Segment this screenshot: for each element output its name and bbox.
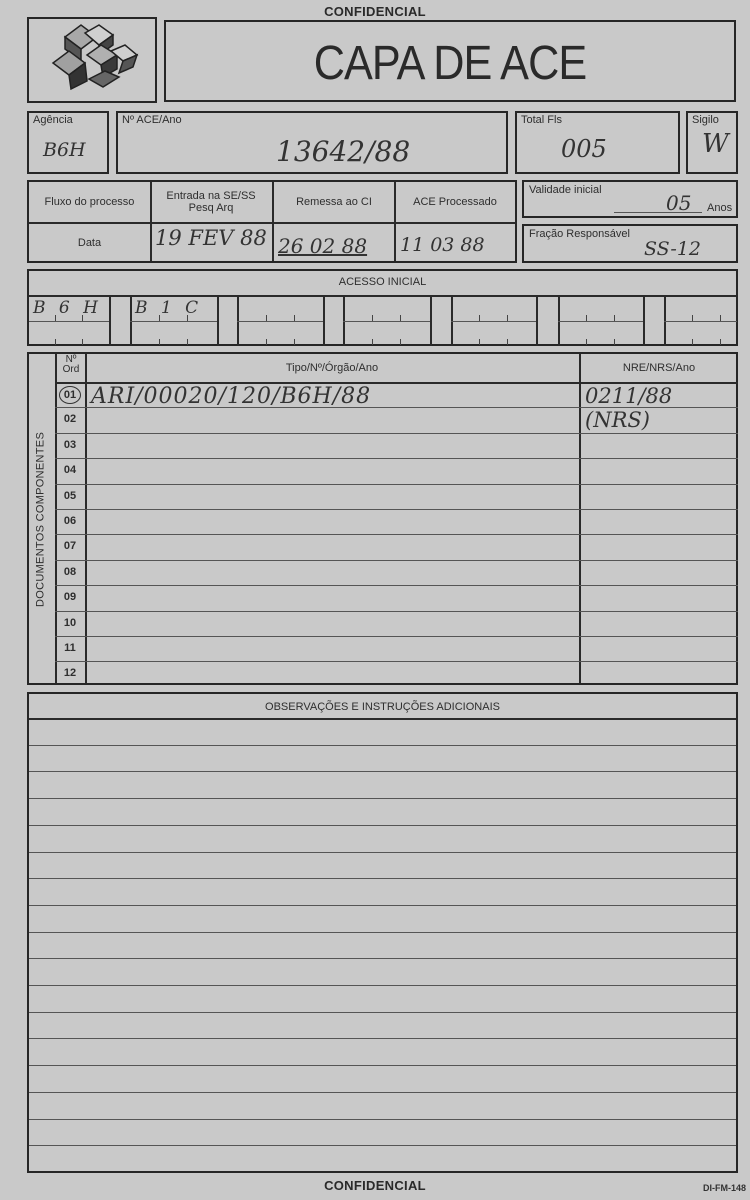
document-row-number: 09: [55, 591, 85, 603]
acesso-code-2[interactable]: B 1 C: [135, 298, 202, 318]
process-flow-table: Fluxo do processo Data Entrada na SE/SS …: [27, 180, 517, 263]
validade-field[interactable]: Validade inicial 05 Anos: [522, 180, 738, 218]
observacoes-line[interactable]: [29, 745, 736, 746]
document-row-number: 06: [55, 515, 85, 527]
document-row[interactable]: 08: [55, 560, 738, 585]
total-pages-field[interactable]: Total Fls 005: [515, 111, 680, 174]
ace-number-label: Nº ACE/Ano: [122, 114, 182, 126]
observacoes-line[interactable]: [29, 932, 736, 933]
validade-label: Validade inicial: [529, 184, 602, 196]
ace-number-field[interactable]: Nº ACE/Ano 13642/88: [116, 111, 508, 174]
document-row[interactable]: 11: [55, 636, 738, 661]
form-title: CAPA DE ACE: [194, 36, 705, 91]
document-row-number: 11: [55, 642, 85, 654]
observacoes-box[interactable]: OBSERVAÇÕES E INSTRUÇÕES ADICIONAIS: [27, 692, 738, 1173]
observacoes-line[interactable]: [29, 825, 736, 826]
agencia-field[interactable]: Agência B6H: [27, 111, 109, 174]
document-row-number: 02: [55, 413, 85, 425]
sigilo-label: Sigilo: [692, 114, 719, 126]
document-row-number: 05: [55, 490, 85, 502]
acesso-inicial-title: ACESSO INICIAL: [29, 276, 736, 288]
documentos-table: DOCUMENTOS COMPONENTES Nº Ord Tipo/Nº/Ór…: [27, 352, 738, 685]
observacoes-line[interactable]: [29, 1092, 736, 1093]
col-nre-header: NRE/NRS/Ano: [581, 362, 737, 374]
observacoes-line[interactable]: [29, 985, 736, 986]
observacoes-line[interactable]: [29, 798, 736, 799]
classification-bottom: CONFIDENCIAL: [0, 1178, 750, 1193]
observacoes-line[interactable]: [29, 1065, 736, 1066]
flow-row-label: Fluxo do processo: [29, 182, 150, 222]
remessa-date-value[interactable]: 26 02 88: [278, 234, 367, 258]
document-row-number: 01: [59, 386, 81, 404]
validade-unit: Anos: [707, 202, 732, 214]
logo-box: [27, 17, 157, 103]
document-row[interactable]: 02: [55, 407, 738, 432]
document-row-number: 08: [55, 566, 85, 578]
document-row[interactable]: 04: [55, 458, 738, 483]
total-pages-label: Total Fls: [521, 114, 562, 126]
document-row[interactable]: 09: [55, 585, 738, 610]
total-pages-value: 005: [561, 135, 607, 163]
observacoes-line[interactable]: [29, 1038, 736, 1039]
document-row-number: 03: [55, 439, 85, 451]
remessa-header: Remessa ao CI: [274, 182, 394, 222]
col-ord-header: Nº Ord: [57, 355, 85, 375]
document-row-number: 07: [55, 540, 85, 552]
document-row[interactable]: 03: [55, 433, 738, 458]
acesso-code-1[interactable]: B 6 H: [33, 298, 102, 318]
agency-cubes-logo-icon: [29, 19, 154, 99]
observacoes-line[interactable]: [29, 1145, 736, 1146]
entrada-header: Entrada na SE/SS Pesq Arq: [157, 182, 265, 222]
observacoes-line[interactable]: [29, 905, 736, 906]
observacoes-line[interactable]: [29, 852, 736, 853]
document-row-number: 04: [55, 464, 85, 476]
sigilo-value: W: [702, 129, 729, 159]
ace-number-value: 13642/88: [276, 135, 410, 168]
form-code: DI-FM-148: [703, 1183, 746, 1193]
observacoes-line[interactable]: [29, 1119, 736, 1120]
entrada-date-value[interactable]: 19 FEV 88: [155, 226, 267, 250]
observacoes-line[interactable]: [29, 718, 736, 720]
document-row[interactable]: 12: [55, 661, 738, 686]
fracao-field[interactable]: Fração Responsável SS-12: [522, 224, 738, 263]
acesso-inicial-table: ACESSO INICIAL B 6 H B 1 C: [27, 269, 738, 346]
validade-value: 05: [666, 191, 691, 215]
document-row[interactable]: 01ARI/00020/120/B6H/880211/88 (NRS): [55, 382, 738, 407]
document-row[interactable]: 06: [55, 509, 738, 534]
processado-date-value[interactable]: 11 03 88: [400, 234, 485, 256]
agencia-value: B6H: [43, 139, 86, 161]
document-row[interactable]: 07: [55, 534, 738, 559]
document-row[interactable]: 10: [55, 611, 738, 636]
sigilo-field[interactable]: Sigilo W: [686, 111, 738, 174]
fracao-value: SS-12: [644, 238, 701, 260]
observacoes-line[interactable]: [29, 771, 736, 772]
processado-header: ACE Processado: [396, 182, 514, 222]
observacoes-line[interactable]: [29, 958, 736, 959]
documentos-side-label: DOCUMENTOS COMPONENTES: [27, 354, 54, 684]
document-row-number: 10: [55, 617, 85, 629]
fracao-label: Fração Responsável: [529, 228, 630, 240]
document-row[interactable]: 05: [55, 484, 738, 509]
col-tipo-header: Tipo/Nº/Órgão/Ano: [85, 362, 579, 374]
observacoes-line[interactable]: [29, 878, 736, 879]
agencia-label: Agência: [33, 114, 73, 126]
date-row-label: Data: [29, 224, 150, 262]
document-row-number: 12: [55, 667, 85, 679]
title-box: CAPA DE ACE: [164, 20, 736, 102]
document-tipo-value: ARI/00020/120/B6H/88: [91, 384, 371, 409]
observacoes-line[interactable]: [29, 1012, 736, 1013]
